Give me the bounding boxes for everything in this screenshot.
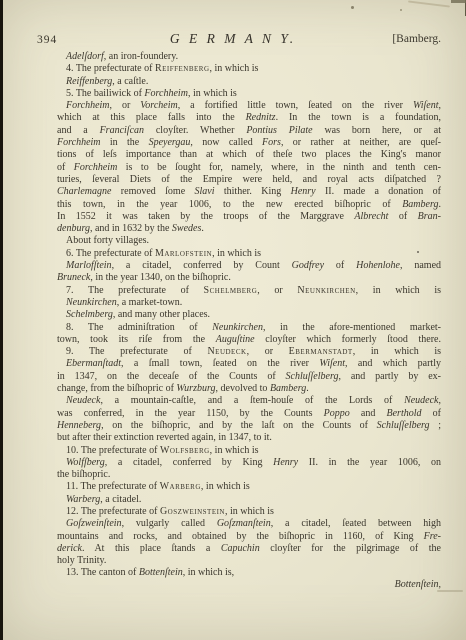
book-page-scan: 394 G E R M A N Y. [Bamberg. Adelſdorf, … — [0, 0, 466, 640]
text-line: was conferred, in the year 1150, by the … — [57, 408, 441, 420]
text-line: the biſhopric. — [57, 469, 441, 481]
text-line: About forty villages. — [57, 235, 441, 247]
text-line: change, from the biſhopric of Wurzburg, … — [57, 383, 441, 395]
text-line: Ebermanſtadt, a ſmall town, ſeated on th… — [57, 358, 441, 370]
text-line: Schelmberg, and many other places. — [57, 309, 441, 321]
text-line: Neudeck, a mountain-caſtle, and a ſtem-h… — [57, 395, 441, 407]
text-line: derick. At this place ſtands a Capuchin … — [57, 543, 441, 555]
text-line: Reiffenberg, a caſtle. — [57, 76, 441, 88]
ink-speck — [400, 9, 402, 11]
text-line: 8. The adminiſtration of Neunkirchen, in… — [57, 322, 441, 334]
text-line: turies, ſeveral Diets of the Empire were… — [57, 174, 441, 186]
text-line: Forchheim in the Speyergau, now called F… — [57, 137, 441, 149]
text-line: 6. The prefecturate of Marlofstein, in w… — [57, 248, 441, 260]
catchword: Bottenſtein, — [395, 579, 441, 590]
text-block: Adelſdorf, an iron-foundery.4. The prefe… — [57, 51, 441, 580]
text-line: 13. The canton of Bottenſtein, in which … — [57, 567, 441, 579]
text-line: denburg, and in 1632 by the Swedes. — [57, 223, 441, 235]
text-line: Forchheim, or Vorcheim, a fortified litt… — [57, 100, 441, 112]
text-line: Charlemagne removed ſome Slavi thither. … — [57, 186, 441, 198]
text-line: mountains and rocks, and obtained by the… — [57, 531, 441, 543]
page-header: 394 G E R M A N Y. [Bamberg. — [0, 31, 466, 49]
text-line: but after their extinction reverted agai… — [57, 432, 441, 444]
scan-artifact-top-right — [408, 0, 450, 7]
text-line: 7. The prefecturate of Schelmberg, or Ne… — [57, 285, 441, 297]
text-line: 12. The prefecturate of Goszweinstein, i… — [57, 506, 441, 518]
text-line: this town, in the year 1006, to the new … — [57, 199, 441, 211]
text-line: Neunkirchen, a market-town. — [57, 297, 441, 309]
text-line: which at this place falls into the Redni… — [57, 112, 441, 124]
text-line: Marlofſtein, a citadel, conferred by Cou… — [57, 260, 441, 272]
text-line: tions of leſs importance than at which o… — [57, 149, 441, 161]
text-line: 9. The prefecturate of Neudeck, or Eberm… — [57, 346, 441, 358]
text-line: holy Trinity. — [57, 555, 441, 567]
scan-artifact-top-right-corner — [451, 0, 466, 3]
text-line: Wolfſberg, a citadel, conferred by King … — [57, 457, 441, 469]
text-line: Bruneck, in the year 1340, on the biſhop… — [57, 272, 441, 284]
text-line: Goſzweinſtein, vulgarly called Goſzmanſt… — [57, 518, 441, 530]
ink-speck — [351, 6, 354, 9]
text-line: Warberg, a citadel. — [57, 494, 441, 506]
text-line: 10. The prefecturate of Wolfsberg, in wh… — [57, 445, 441, 457]
text-line: in 1347, on the deceaſe of the Counts of… — [57, 371, 441, 383]
text-line: of Forchheim is to be ſought for, namely… — [57, 162, 441, 174]
text-line: In 1552 it was taken by the troops of th… — [57, 211, 441, 223]
scan-edge-left — [0, 0, 3, 640]
text-line: 5. The bailiwick of Forchheim, in which … — [57, 88, 441, 100]
text-line: Adelſdorf, an iron-foundery. — [57, 51, 441, 63]
text-line: town, took its riſe from the Auguſtine c… — [57, 334, 441, 346]
text-line: 4. The prefecturate of Reiffenberg, in w… — [57, 63, 441, 75]
scan-artifact-bottom — [437, 590, 463, 592]
text-line: Henneberg, on the biſhopric, and by the … — [57, 420, 441, 432]
running-header-section: [Bamberg. — [392, 33, 441, 45]
text-line: and a Franciſcan cloyſter. Whether Ponti… — [57, 125, 441, 137]
text-line: 11. The prefecturate of Warberg, in whic… — [57, 481, 441, 493]
